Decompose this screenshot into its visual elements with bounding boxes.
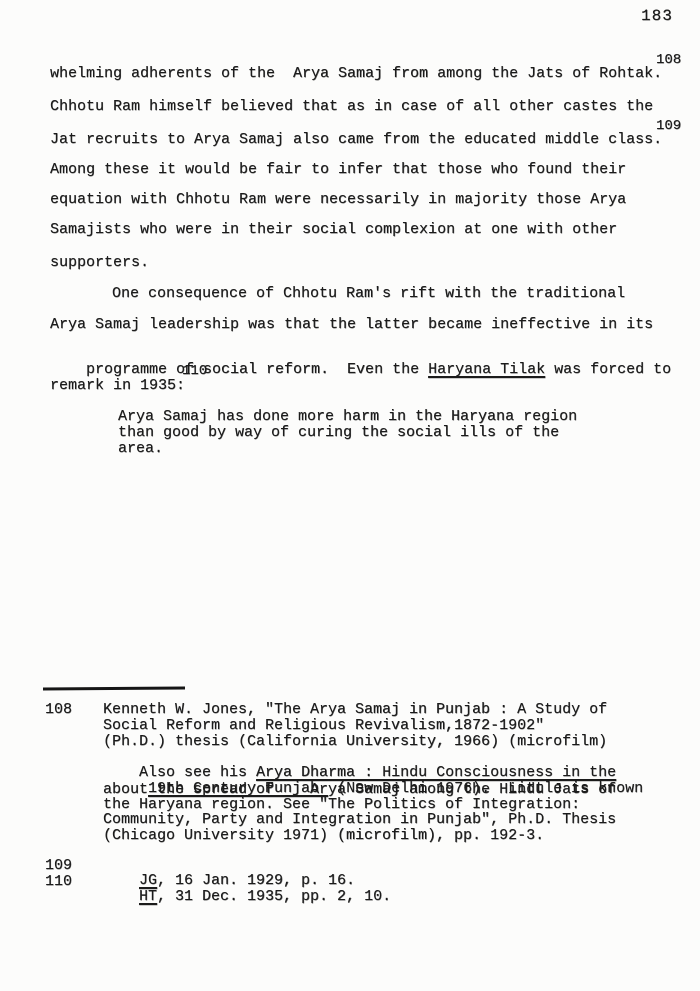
footnote-line: Community, Party and Integration in Punj… (103, 812, 616, 827)
document-page: 183 108 whelming adherents of the Arya S… (0, 0, 700, 991)
body-line: Arya Samaj leadership was that the latte… (50, 317, 653, 332)
body-line: whelming adherents of the Arya Samaj fro… (50, 66, 662, 81)
footnote-line: Kenneth W. Jones, "The Arya Samaj in Pun… (103, 702, 607, 717)
body-line: supporters. (50, 255, 149, 270)
footnote-line: (Ph.D.) thesis (California University, 1… (103, 734, 607, 749)
quote-line: area. (118, 441, 163, 456)
body-line: Samajists who were in their social compl… (50, 222, 617, 237)
footnote-number: 109 (45, 858, 72, 873)
footnote-line: about the spread of Arya Samaj among the… (103, 782, 616, 797)
footnote-marker-110: 110 (182, 364, 207, 379)
body-line: remark in 1935: (50, 378, 185, 393)
body-line: equation with Chhotu Ram were necessaril… (50, 192, 626, 207)
footnote-line: Social Reform and Religious Revivalism,1… (103, 718, 544, 733)
body-line: One consequence of Chhotu Ram's rift wit… (112, 286, 625, 301)
quote-line: than good by way of curing the social il… (118, 425, 559, 440)
underlined-title-haryana-tilak: Haryana Tilak (428, 361, 545, 378)
text-segment: , 31 Dec. 1935, pp. 2, 10. (157, 888, 391, 905)
quote-line: Arya Samaj has done more harm in the Har… (118, 409, 577, 424)
page-number: 183 (641, 9, 673, 24)
footnote-number: 108 (45, 702, 72, 717)
underlined-abbr-ht: HT (139, 888, 157, 905)
body-line: Jat recruits to Arya Samaj also came fro… (50, 132, 662, 147)
footnote-line: (Chicago University 1971) (microfilm), p… (103, 828, 544, 843)
footnote-number: 110 (45, 874, 72, 889)
footnote-separator-rule (43, 687, 185, 691)
text-segment: was forced to (545, 361, 671, 378)
body-line: Among these it would be fair to infer th… (50, 162, 626, 177)
footnote-line: HT, 31 Dec. 1935, pp. 2, 10. (103, 874, 391, 919)
footnote-line: the Haryana region. See "The Politics of… (103, 797, 580, 812)
body-line: Chhotu Ram himself believed that as in c… (50, 99, 653, 114)
text-segment: programme of social reform. Even the (86, 361, 428, 378)
